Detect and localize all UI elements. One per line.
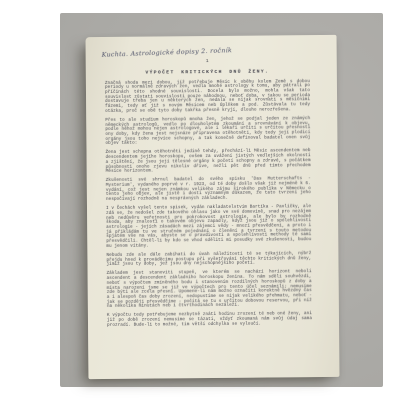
page-content: Kuchta. Astrologické dopisy 2. ročník 1 … <box>105 47 312 328</box>
paragraph: Žena jest schopna otěhotněti jedině tehd… <box>106 150 311 175</box>
document-page: Kuchta. Astrologické dopisy 2. ročník 1 … <box>86 35 340 379</box>
document-title: VÝPOČET KRITICKÝCH DNŮ ŽENY. <box>105 69 310 76</box>
paragraph: Zkušenosti své shrnul badatel do svého s… <box>106 177 311 202</box>
paragraph: I v Čechách vyšel tento spisek, vydán na… <box>106 205 311 249</box>
screenshot-canvas: Kuchta. Astrologické dopisy 2. ročník 1 … <box>0 0 400 400</box>
paragraph: Přes to ale studium horoskopů mnoha žen,… <box>105 117 310 147</box>
paragraph: Značná shoda mezi dobou, jíž potřebuje M… <box>105 80 310 115</box>
paragraph: K výpočtu tedy potřebujeme nezbytně znát… <box>107 313 312 329</box>
photo-background: Kuchta. Astrologické dopisy 2. ročník 1 … <box>60 13 383 387</box>
handwritten-annotation: Kuchta. Astrologické dopisy 2. ročník <box>102 44 310 58</box>
paragraph: Nebudu zde ale dále zabíhati do úvah nál… <box>106 252 311 268</box>
page-number: 1 <box>105 58 310 65</box>
paragraph: Základem jest stanoviti stupeň, ve které… <box>107 271 312 310</box>
